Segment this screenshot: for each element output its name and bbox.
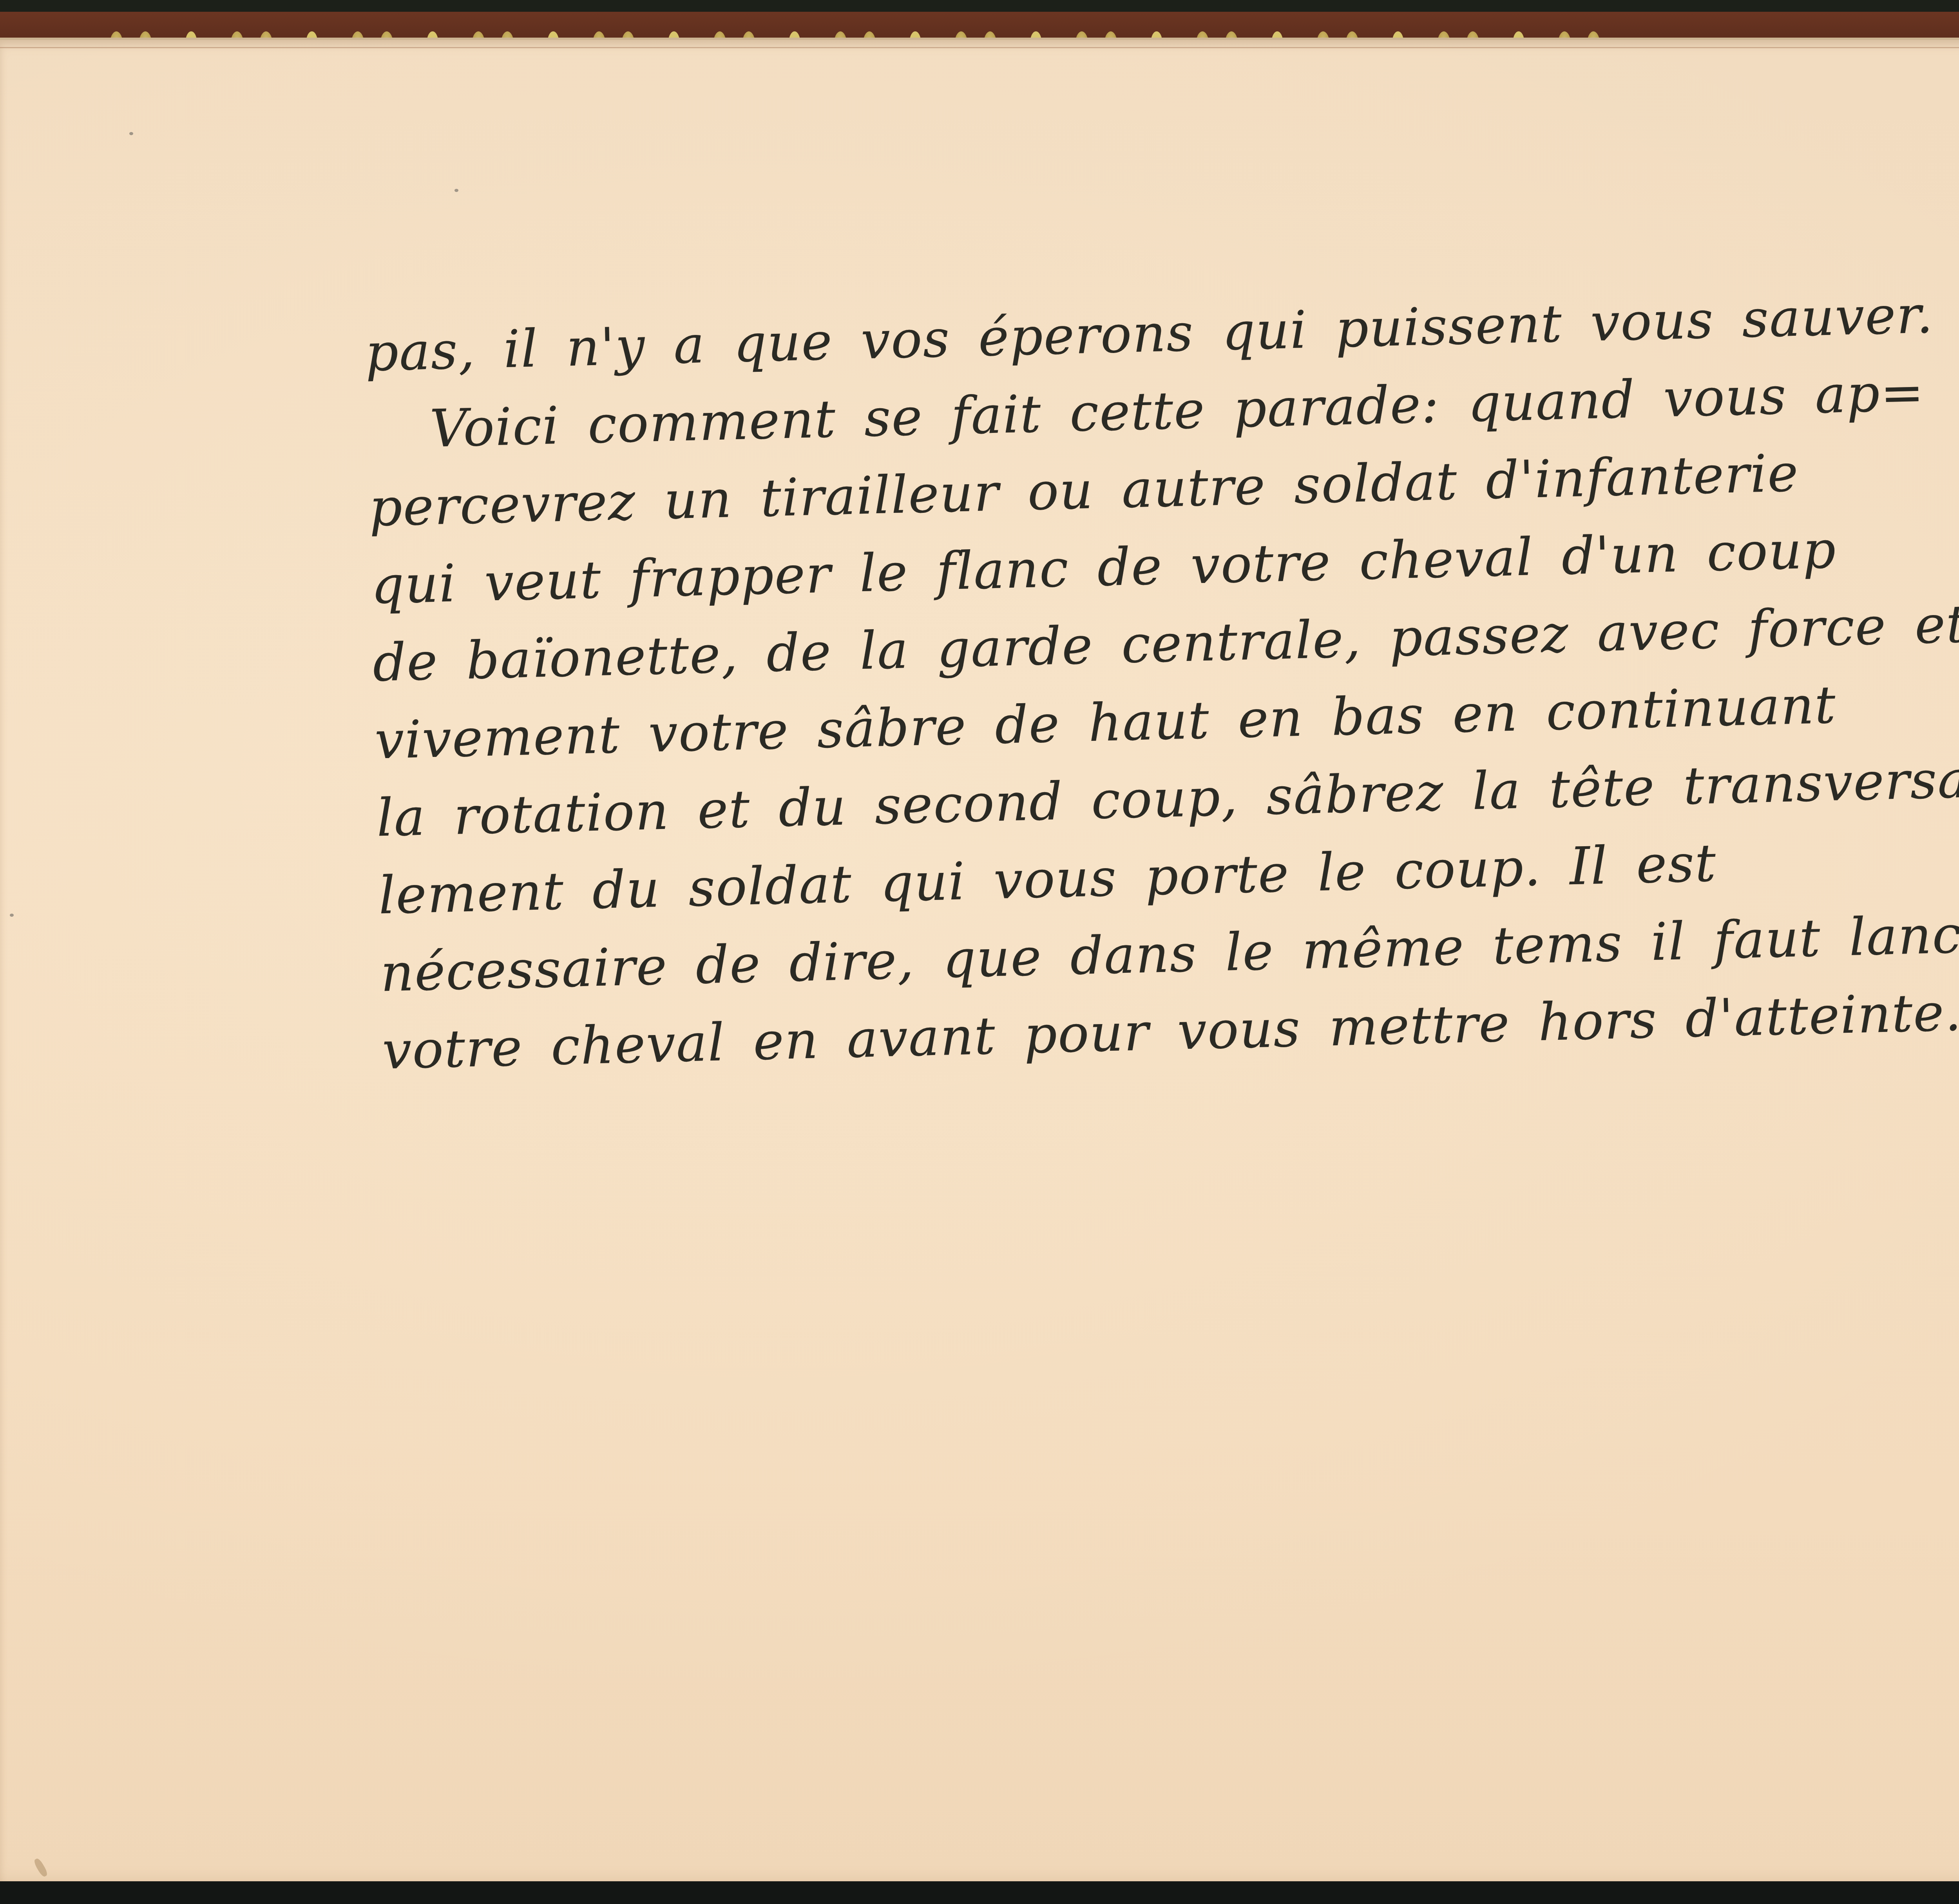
paper-stain: [33, 1857, 49, 1878]
bound-album: pas, il n'y a que vos éperons qui puisse…: [0, 0, 1959, 1904]
manuscript-page: pas, il n'y a que vos éperons qui puisse…: [0, 38, 1959, 1881]
page-top-edge: [0, 40, 1959, 48]
handwritten-text-block: pas, il n'y a que vos éperons qui puisse…: [364, 277, 1911, 1090]
